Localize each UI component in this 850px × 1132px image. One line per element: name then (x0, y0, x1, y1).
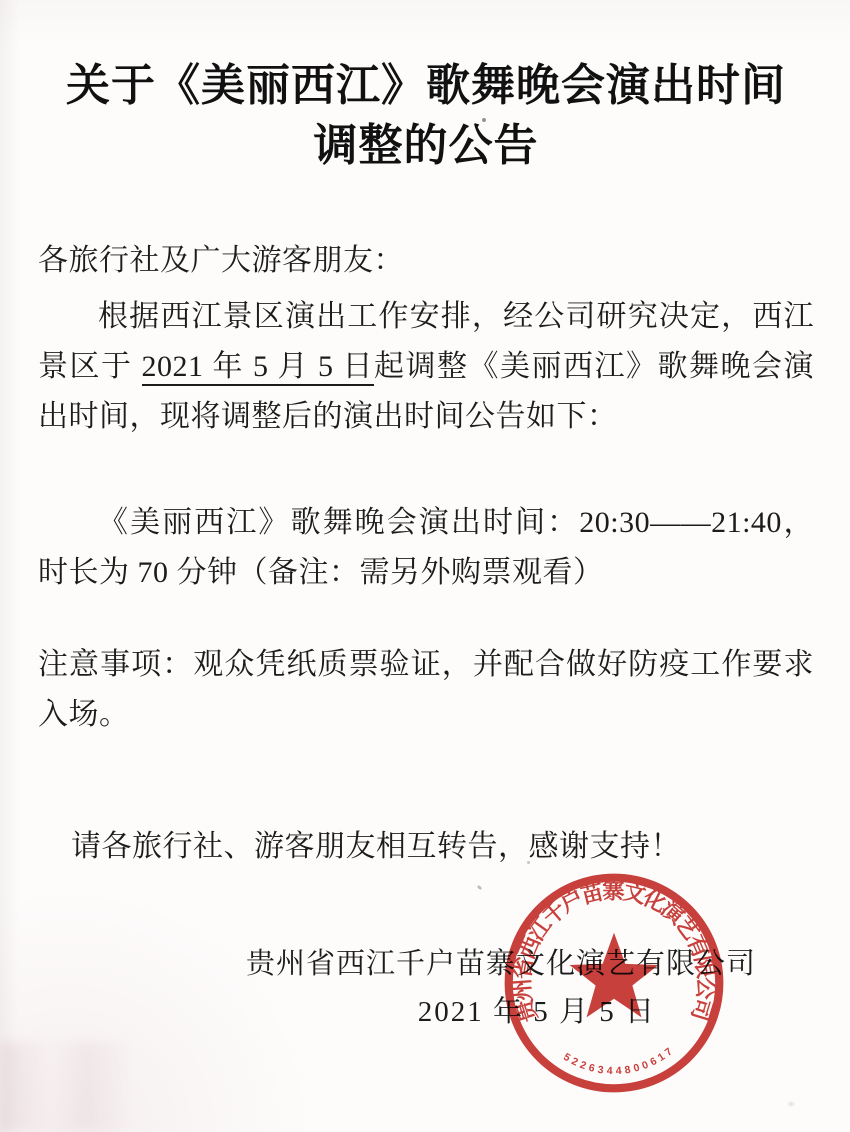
paragraph-adjustment: 根据西江景区演出工作安排，经公司研究决定，西江景区于 2021 年 5 月 5 … (38, 292, 814, 442)
title-line-2: 调整的公告 (38, 116, 814, 176)
signature-date: 2021 年 5 月 5 日 (38, 988, 814, 1036)
paragraph-notice: 注意事项：观众凭纸质票验证，并配合做好防疫工作要求入场。 (38, 640, 814, 740)
scanned-notice-image: { "document": { "title_line1": "关于《美丽西江》… (0, 0, 850, 1132)
scan-speck-2 (477, 885, 483, 891)
signature-block: 贵州省西江千户苗寨文化演艺有限公司 2021 年 5 月 5 日 (38, 940, 814, 1036)
seal-serial-number: 5226344800617 (561, 1043, 677, 1077)
paragraph-thanks: 请各旅行社、游客朋友相互转告，感谢支持！ (38, 822, 814, 872)
document-page: 关于《美丽西江》歌舞晚会演出时间 调整的公告 各旅行社及广大游客朋友： 根据西江… (0, 0, 850, 1132)
signature-company: 贵州省西江千户苗寨文化演艺有限公司 (38, 940, 814, 988)
scan-speck-3 (527, 861, 530, 864)
scan-speck-1 (482, 118, 486, 122)
page-title: 关于《美丽西江》歌舞晚会演出时间 调整的公告 (38, 56, 814, 176)
salutation: 各旅行社及广大游客朋友： (38, 236, 814, 286)
title-line-1: 关于《美丽西江》歌舞晚会演出时间 (38, 56, 814, 116)
paragraph-showtime: 《美丽西江》歌舞晚会演出时间：20:30——21:40，时长为 70 分钟（备注… (38, 498, 814, 598)
scan-shadow-bottom-left (0, 1042, 170, 1132)
scan-speck-4 (788, 1102, 794, 1106)
adjustment-date-underline: 2021 年 5 月 5 日 (142, 350, 375, 386)
